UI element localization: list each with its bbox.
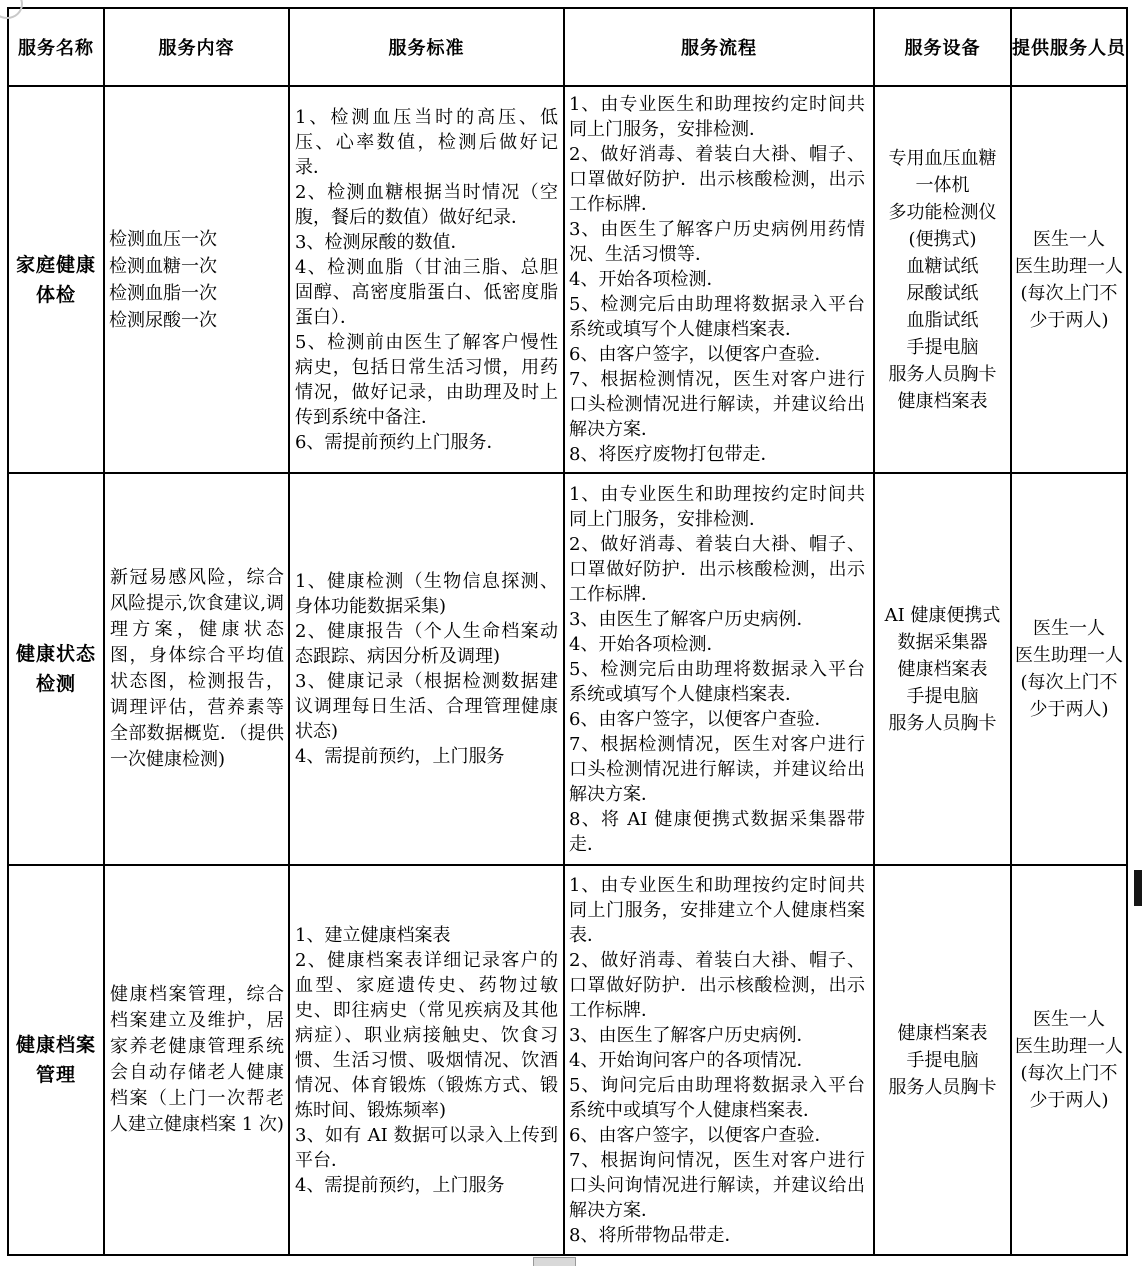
text-line: 尿酸试纸 [907, 280, 979, 307]
text-line: 8、将所带物品带走． [569, 1223, 865, 1248]
text-line: 8、将 AI 健康便携式数据采集器带走． [569, 807, 865, 857]
header-service-equipment: 服务设备 [875, 9, 1012, 87]
text-line: 健康档案 [16, 1030, 96, 1060]
text-line: 健康状态 [16, 639, 96, 669]
cell-service-standard: 1、检测血压当时的高压、低压、心率数值，检测后做好记录．2、检测血糖根据当时情况… [290, 87, 565, 474]
text-line: 7、根据询问情况，医生对客户进行口头问询情况进行解读，并建议给出解决方案． [569, 1148, 865, 1223]
text-line: 服务人员胸卡 [889, 710, 997, 737]
cell-service-name: 健康档案管理 [9, 866, 105, 1254]
text-line: 血脂试纸 [907, 307, 979, 334]
text-line: 医生助理一人 [1015, 1033, 1123, 1060]
text-line: 健康档案表 [898, 388, 988, 415]
text-line: 2、检测血糖根据当时情况（空腹，餐后的数值）做好纪录． [295, 180, 558, 230]
text-line: 血糖试纸 [907, 253, 979, 280]
text-line: 医生助理一人 [1015, 253, 1123, 280]
cell-service-content: 新冠易感风险，综合风险提示,饮食建议,调理方案，健康状态图，身体综合平均值状态图… [105, 474, 290, 866]
text-line: (每次上门不 [1020, 1060, 1117, 1087]
text-line: 服务人员胸卡 [889, 361, 997, 388]
text-line: 4、开始各项检测． [569, 267, 865, 292]
header-service-personnel: 提供服务人员 [1012, 9, 1126, 87]
text-line: 3、如有 AI 数据可以录入上传到平台． [295, 1123, 558, 1173]
text-line: 4、检测血脂（甘油三脂、总胆固醇、高密度脂蛋白、低密度脂蛋白）． [295, 255, 558, 330]
header-service-name: 服务名称 [9, 9, 105, 87]
right-scrollbar-thumb[interactable] [1134, 870, 1142, 906]
text-line: AI 健康便携式 [885, 602, 1001, 629]
cell-service-content: 检测血压一次检测血糖一次检测血脂一次检测尿酸一次 [105, 87, 290, 474]
header-service-process: 服务流程 [565, 9, 875, 87]
text-line: 7、根据检测情况，医生对客户进行口头检测情况进行解读，并建议给出解决方案． [569, 367, 865, 442]
text-line: 4、需提前预约，上门服务 [295, 1173, 558, 1198]
text-line: 5、检测完后由助理将数据录入平台系统或填写个人健康档案表． [569, 657, 865, 707]
cell-service-content: 健康档案管理，综合档案建立及维护，居家养老健康管理系统会自动存储老人健康档案（上… [105, 866, 290, 1254]
text-line: 检测血脂一次 [109, 280, 217, 307]
cell-service-personnel: 医生一人医生助理一人(每次上门不少于两人) [1012, 866, 1126, 1254]
text-line: 手提电脑 [907, 1047, 979, 1074]
text-line: 检测血糖一次 [109, 253, 217, 280]
cell-service-personnel: 医生一人医生助理一人(每次上门不少于两人) [1012, 474, 1126, 866]
service-spec-table: 服务名称 服务内容 服务标准 服务流程 服务设备 提供服务人员 家庭健康体检 检… [7, 7, 1128, 1256]
text-line: 医生助理一人 [1015, 642, 1123, 669]
cell-service-process: 1、由专业医生和助理按约定时间共同上门服务，安排建立个人健康档案表．2、做好消毒… [565, 866, 875, 1254]
text-line: 少于两人) [1029, 307, 1108, 334]
text-line: 4、开始各项检测． [569, 632, 865, 657]
text-line: 健康档案表 [898, 1020, 988, 1047]
cell-service-equipment: AI 健康便携式数据采集器健康档案表手提电脑服务人员胸卡 [875, 474, 1012, 866]
text-line: 1、由专业医生和助理按约定时间共同上门服务，安排检测． [569, 482, 865, 532]
text-line: 1、由专业医生和助理按约定时间共同上门服务，安排建立个人健康档案表． [569, 873, 865, 948]
text-line: 3、由医生了解客户历史病例用药情况、生活习惯等． [569, 217, 865, 267]
text-line: 一体机 [916, 172, 970, 199]
text-line: 体检 [36, 280, 76, 310]
text-line: 2、做好消毒、着装白大褂、帽子、口罩做好防护．出示核酸检测，出示工作标牌． [569, 948, 865, 1023]
text-line: 8、将医疗废物打包带走． [569, 442, 865, 467]
text-line: 多功能检测仪 [889, 199, 997, 226]
bottom-scrollbar-thumb[interactable] [533, 1257, 576, 1266]
text-line: 少于两人) [1029, 696, 1108, 723]
text-line: 2、做好消毒、着装白大褂、帽子、口罩做好防护．出示核酸检测，出示工作标牌． [569, 532, 865, 607]
text-line: 医生一人 [1033, 226, 1105, 253]
cell-service-personnel: 医生一人医生助理一人(每次上门不少于两人) [1012, 87, 1126, 474]
text-line: 6、由客户签字，以便客户查验． [569, 1123, 865, 1148]
text-line: 手提电脑 [907, 683, 979, 710]
text-line: 数据采集器 [898, 629, 988, 656]
cell-service-name: 家庭健康体检 [9, 87, 105, 474]
text-line: 1、由专业医生和助理按约定时间共同上门服务，安排检测． [569, 92, 865, 142]
text-line: 6、由客户签字，以便客户查验． [569, 342, 865, 367]
cell-service-standard: 1、建立健康档案表2、健康档案表详细记录客户的血型、家庭遗传史、药物过敏史、即往… [290, 866, 565, 1254]
text-line: 医生一人 [1033, 1006, 1105, 1033]
text-line: 2、健康档案表详细记录客户的血型、家庭遗传史、药物过敏史、即往病史（常见疾病及其… [295, 948, 558, 1123]
text-line: 健康档案表 [898, 656, 988, 683]
text-line: 2、做好消毒、着装白大褂、帽子、口罩做好防护．出示核酸检测，出示工作标牌． [569, 142, 865, 217]
text-line: 3、健康记录（根据检测数据建议调理每日生活、合理管理健康状态) [295, 669, 558, 744]
text-line: 检测尿酸一次 [109, 307, 217, 334]
text-line: 6、需提前预约上门服务． [295, 430, 558, 455]
text-line: 6、由客户签字，以便客户查验． [569, 707, 865, 732]
text-line: 7、根据检测情况，医生对客户进行口头检测情况进行解读，并建议给出解决方案． [569, 732, 865, 807]
text-line: 检测血压一次 [109, 226, 217, 253]
text-line: 检测 [36, 669, 76, 699]
cell-service-equipment: 专用血压血糖一体机多功能检测仪(便携式)血糖试纸尿酸试纸血脂试纸手提电脑服务人员… [875, 87, 1012, 474]
text-line: 2、健康报告（个人生命档案动态跟踪、病因分析及调理) [295, 619, 558, 669]
text-line: 3、由医生了解客户历史病例． [569, 1023, 865, 1048]
text-line: 手提电脑 [907, 334, 979, 361]
cell-service-process: 1、由专业医生和助理按约定时间共同上门服务，安排检测．2、做好消毒、着装白大褂、… [565, 87, 875, 474]
header-service-standard: 服务标准 [290, 9, 565, 87]
text-line: 管理 [36, 1060, 76, 1090]
text-line: (便携式) [908, 226, 976, 253]
text-line: 1、健康检测（生物信息探测、身体功能数据采集) [295, 569, 558, 619]
text-line: 1、检测血压当时的高压、低压、心率数值，检测后做好记录． [295, 105, 558, 180]
text-line: 专用血压血糖 [889, 145, 997, 172]
cell-service-name: 健康状态检测 [9, 474, 105, 866]
text-line: 服务人员胸卡 [889, 1074, 997, 1101]
text-line: 4、需提前预约，上门服务 [295, 744, 558, 769]
text-line: (每次上门不 [1020, 669, 1117, 696]
header-service-content: 服务内容 [105, 9, 290, 87]
cell-service-process: 1、由专业医生和助理按约定时间共同上门服务，安排检测．2、做好消毒、着装白大褂、… [565, 474, 875, 866]
cell-service-standard: 1、健康检测（生物信息探测、身体功能数据采集)2、健康报告（个人生命档案动态跟踪… [290, 474, 565, 866]
text-line: (每次上门不 [1020, 280, 1117, 307]
cell-service-equipment: 健康档案表手提电脑服务人员胸卡 [875, 866, 1012, 1254]
text-line: 家庭健康 [16, 250, 96, 280]
text-line: 医生一人 [1033, 615, 1105, 642]
text-line: 4、开始询问客户的各项情况． [569, 1048, 865, 1073]
text-line: 3、检测尿酸的数值． [295, 230, 558, 255]
text-line: 3、由医生了解客户历史病例． [569, 607, 865, 632]
text-line: 5、检测完后由助理将数据录入平台系统或填写个人健康档案表． [569, 292, 865, 342]
text-line: 1、建立健康档案表 [295, 923, 558, 948]
text-line: 少于两人) [1029, 1087, 1108, 1114]
text-line: 5、询问完后由助理将数据录入平台系统中或填写个人健康档案表． [569, 1073, 865, 1123]
text-line: 5、检测前由医生了解客户慢性病史，包括日常生活习惯，用药情况，做好记录，由助理及… [295, 330, 558, 430]
